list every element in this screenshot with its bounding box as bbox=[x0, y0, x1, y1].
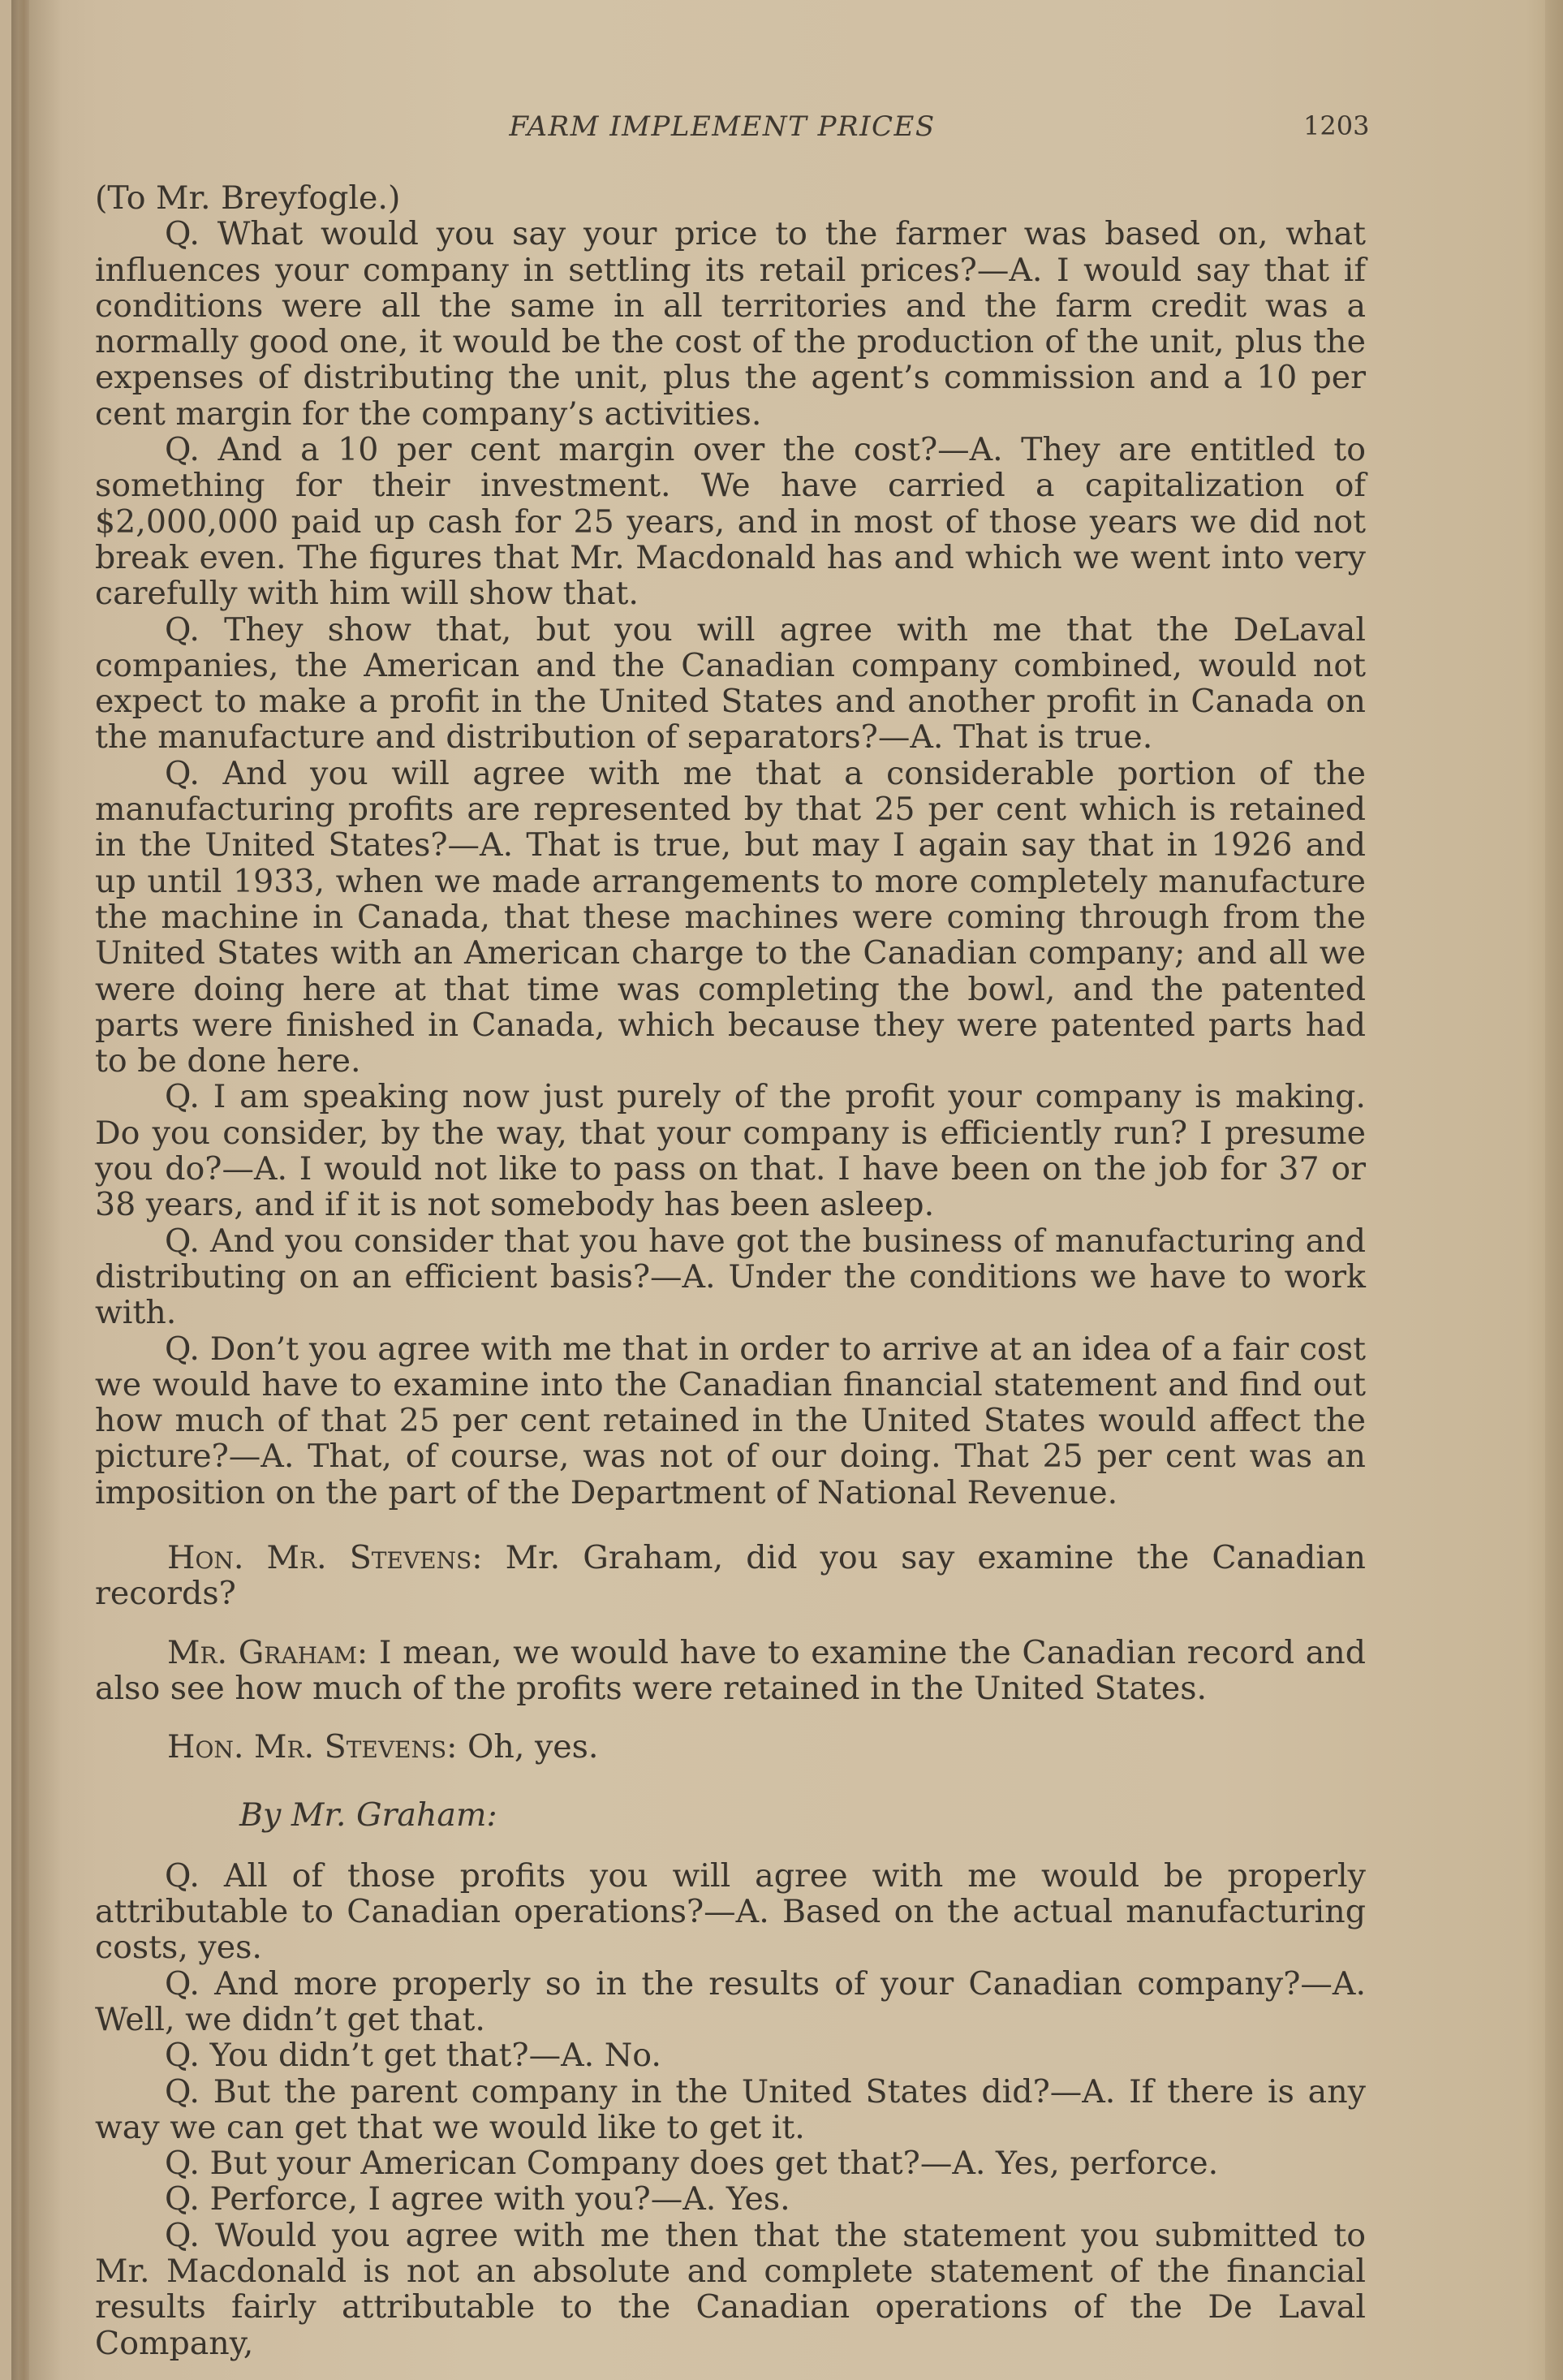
addressee-note: (To Mr. Breyfogle.) bbox=[95, 180, 1366, 216]
qa-paragraph: Q. And you consider that you have got th… bbox=[95, 1223, 1366, 1331]
page-edge-right bbox=[1545, 0, 1563, 2380]
examiner-byline: By Mr. Graham: bbox=[239, 1797, 1366, 1833]
qa-paragraph: Q. I am speaking now just purely of the … bbox=[95, 1079, 1366, 1222]
qa-paragraph: Q. Don’t you agree with me that in order… bbox=[95, 1331, 1366, 1511]
qa-paragraph: Q. But your American Company does get th… bbox=[95, 2145, 1366, 2181]
speech-stevens-1: Hon. Mr. Stevens: Mr. Graham, did you sa… bbox=[95, 1540, 1366, 1612]
speech-stevens-2: Hon. Mr. Stevens: Oh, yes. bbox=[95, 1729, 1366, 1765]
qa-paragraph: Q. And more properly so in the results o… bbox=[95, 1966, 1366, 2038]
speech-text: Oh, yes. bbox=[457, 1728, 598, 1766]
speaker-name: Hon. Mr. Stevens: bbox=[167, 1728, 457, 1766]
qa-paragraph: Q. They show that, but you will agree wi… bbox=[95, 612, 1366, 756]
speaker-name: Mr. Graham: bbox=[167, 1634, 368, 1671]
scanned-page: FARM IMPLEMENT PRICES 1203 (To Mr. Breyf… bbox=[0, 0, 1563, 2380]
qa-paragraph: Q. You didn’t get that?—A. No. bbox=[95, 2037, 1366, 2073]
speech-graham: Mr. Graham: I mean, we would have to exa… bbox=[95, 1635, 1366, 1707]
page-number: 1203 bbox=[1303, 110, 1369, 141]
page-body: (To Mr. Breyfogle.) Q. What would you sa… bbox=[95, 180, 1366, 2361]
book-binding-edge bbox=[11, 0, 29, 2380]
qa-paragraph: Q. What would you say your price to the … bbox=[95, 216, 1366, 432]
qa-paragraph: Q. Would you agree with me then that the… bbox=[95, 2218, 1366, 2361]
page-margin-left bbox=[0, 0, 11, 2380]
qa-paragraph: Q. But the parent company in the United … bbox=[95, 2074, 1366, 2146]
speaker-name: Hon. Mr. Stevens: bbox=[167, 1539, 483, 1576]
running-header-title: FARM IMPLEMENT PRICES bbox=[487, 110, 958, 143]
qa-paragraph: Q. Perforce, I agree with you?—A. Yes. bbox=[95, 2181, 1366, 2217]
qa-paragraph: Q. And you will agree with me that a con… bbox=[95, 756, 1366, 1080]
qa-paragraph: Q. And a 10 per cent margin over the cos… bbox=[95, 432, 1366, 611]
qa-paragraph: Q. All of those profits you will agree w… bbox=[95, 1858, 1366, 1966]
addressee-text: (To Mr. Breyfogle.) bbox=[95, 179, 400, 217]
gutter-shadow bbox=[29, 0, 62, 2380]
